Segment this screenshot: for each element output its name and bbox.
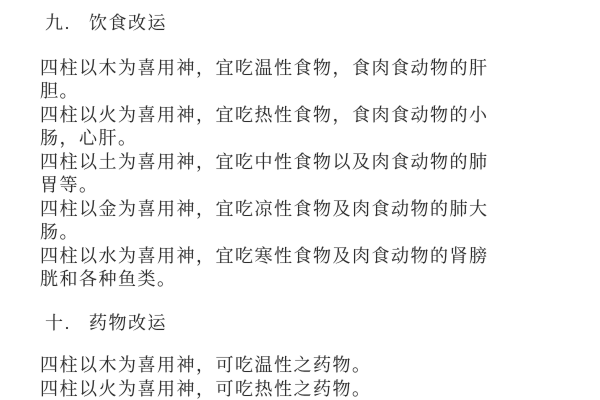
text-line: 四柱以木为喜用神，可吃温性之药物。 <box>40 354 600 378</box>
text-line: 肠。 <box>40 221 600 245</box>
section-title: 饮食改运 <box>89 12 167 36</box>
section-heading-10: 十. 药物改运 <box>45 312 600 336</box>
section-10-body: 四柱以木为喜用神，可吃温性之药物。 四柱以火为喜用神，可吃热性之药物。 <box>40 354 600 400</box>
text-line: 四柱以火为喜用神，宜吃热性食物，食肉食动物的小 <box>40 104 600 128</box>
section-number: 九. <box>45 12 71 36</box>
section-number: 十. <box>45 312 71 336</box>
document-page: 九. 饮食改运 四柱以木为喜用神，宜吃温性食物，食肉食动物的肝 胆。 四柱以火为… <box>0 0 600 400</box>
text-line: 四柱以水为喜用神，宜吃寒性食物及肉食动物的肾膀 <box>40 245 600 269</box>
text-line: 四柱以木为喜用神，宜吃温性食物，食肉食动物的肝 <box>40 57 600 81</box>
section-heading-9: 九. 饮食改运 <box>45 12 600 36</box>
text-line: 胃等。 <box>40 174 600 198</box>
text-line: 胆。 <box>40 80 600 104</box>
text-line: 四柱以火为喜用神，可吃热性之药物。 <box>40 378 600 400</box>
section-title: 药物改运 <box>89 312 167 336</box>
text-line: 四柱以土为喜用神，宜吃中性食物以及肉食动物的肺 <box>40 151 600 175</box>
text-line: 肠，心肝。 <box>40 127 600 151</box>
text-line: 四柱以金为喜用神，宜吃凉性食物及肉食动物的肺大 <box>40 198 600 222</box>
section-9-body: 四柱以木为喜用神，宜吃温性食物，食肉食动物的肝 胆。 四柱以火为喜用神，宜吃热性… <box>40 57 600 292</box>
text-line: 胱和各种鱼类。 <box>40 268 600 292</box>
